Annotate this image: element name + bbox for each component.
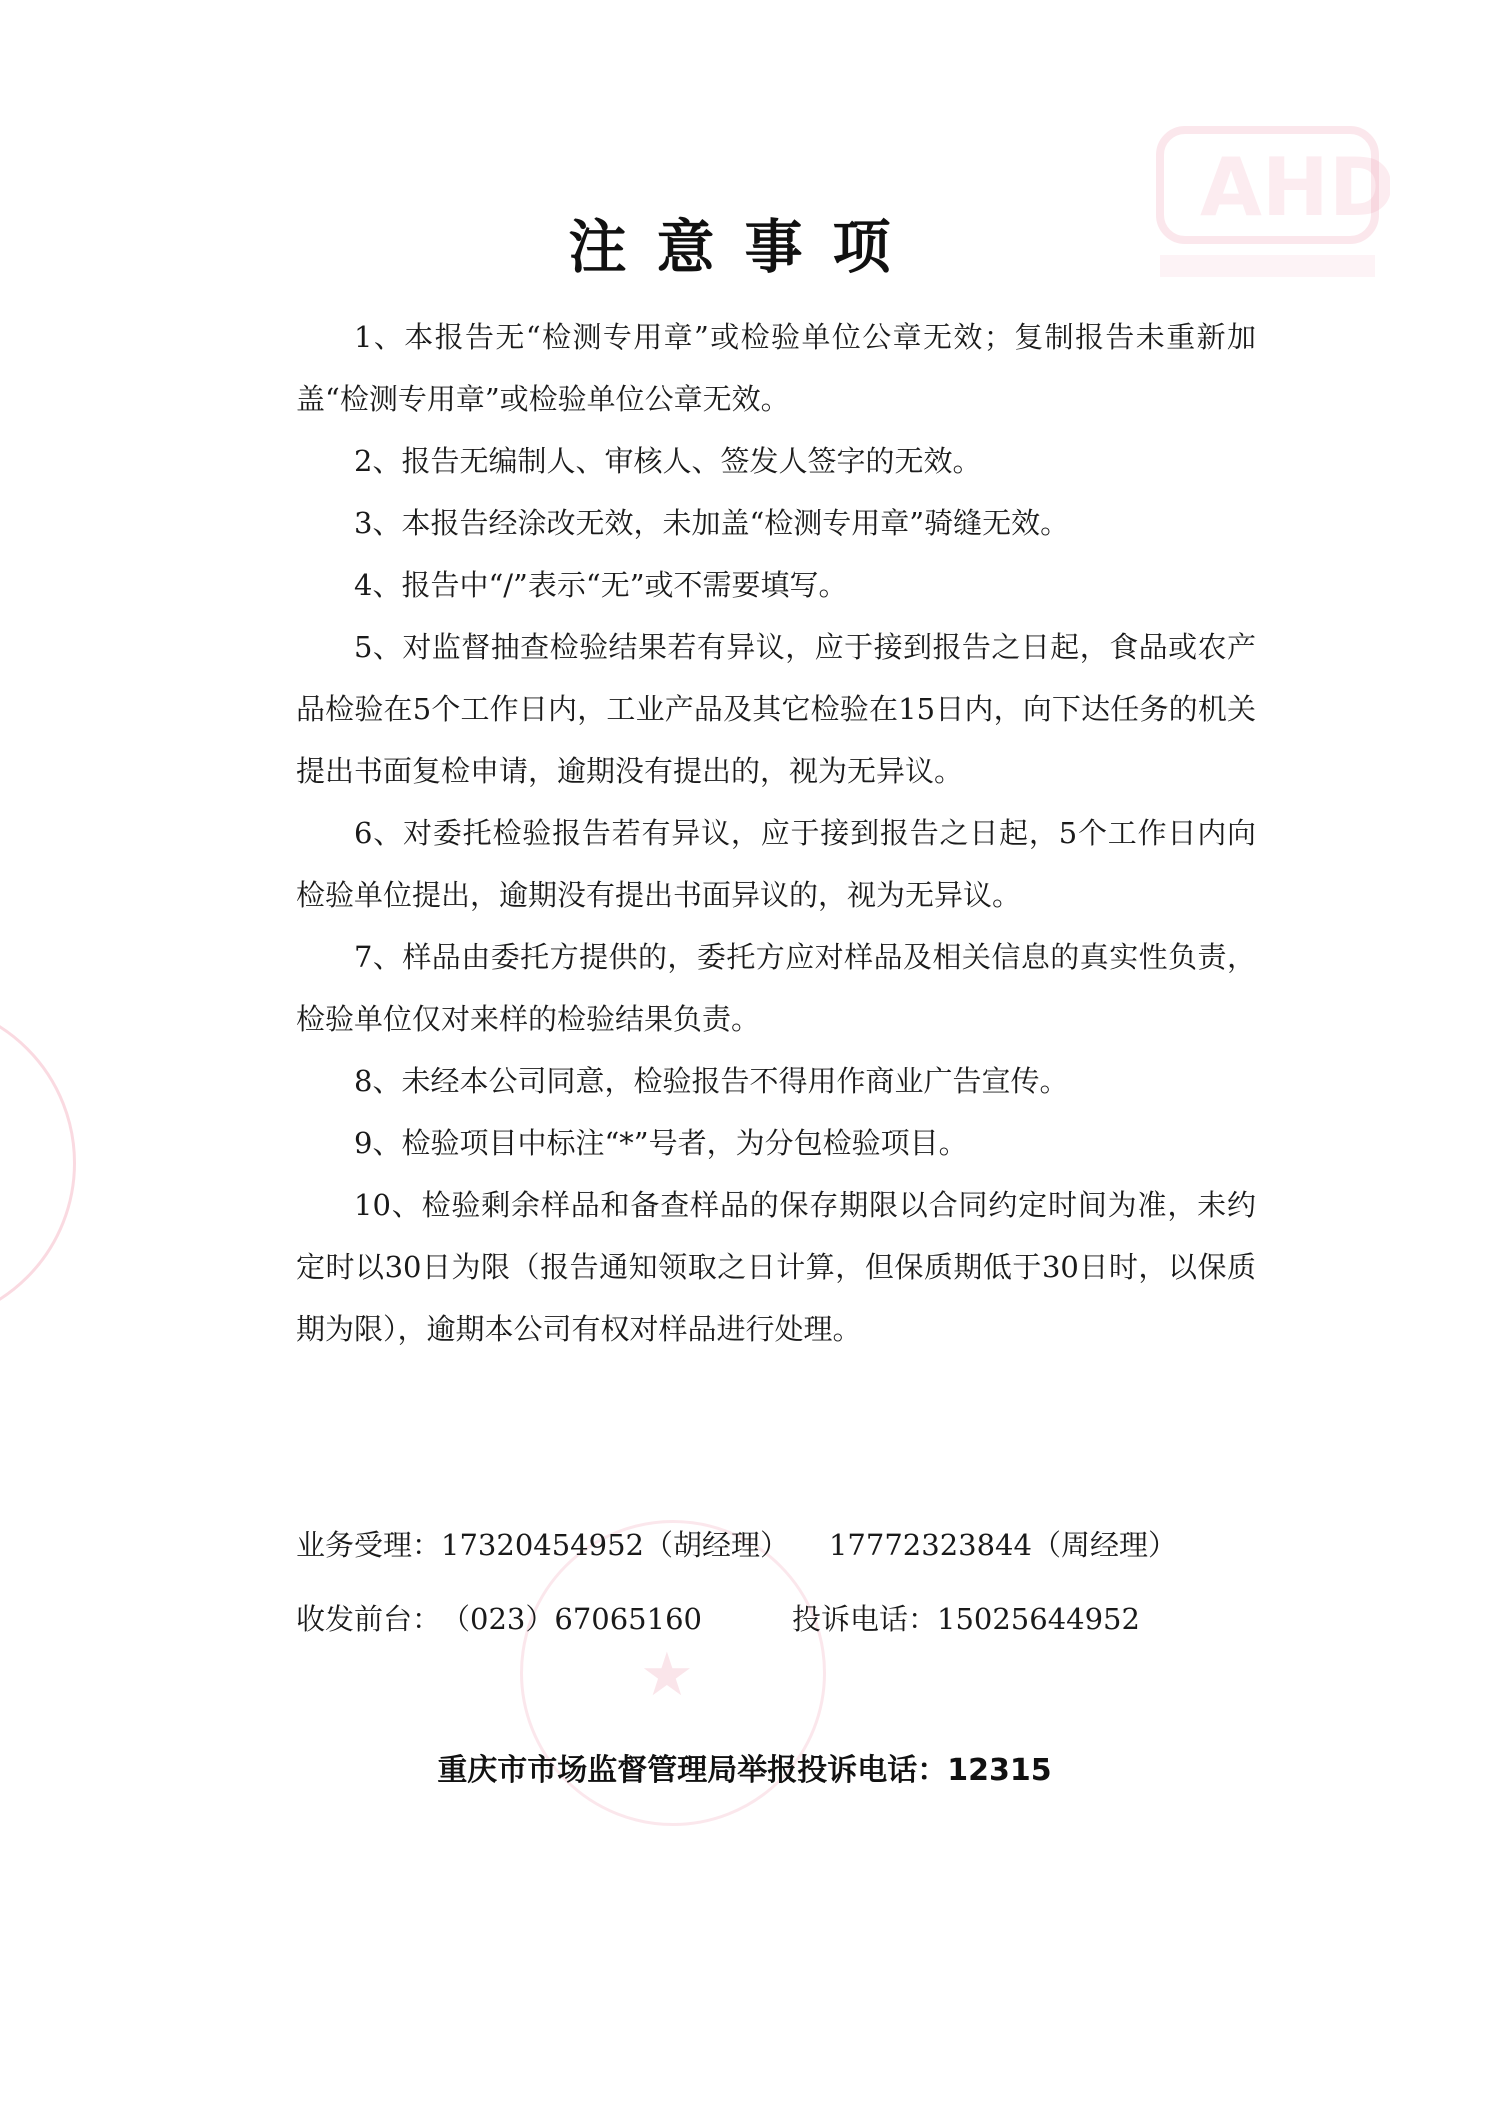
notice-item-10: 10、检验剩余样品和备查样品的保存期限以合同约定时间为准，未约定时以30日为限（…: [296, 1174, 1256, 1360]
red-seal-stamp-left: [0, 1000, 76, 1326]
footer-hotline: 重庆市市场监督管理局举报投诉电话：12315: [0, 1745, 1489, 1789]
notice-item-8: 8、未经本公司同意，检验报告不得用作商业广告宣传。: [296, 1050, 1256, 1112]
notice-item-3: 3、本报告经涂改无效，未加盖“检测专用章”骑缝无效。: [296, 492, 1256, 554]
notice-item-7: 7、样品由委托方提供的，委托方应对样品及相关信息的真实性负责，检验单位仅对来样的…: [296, 926, 1256, 1050]
notice-list: 1、本报告无“检测专用章”或检验单位公章无效；复制报告未重新加盖“检测专用章”或…: [296, 306, 1256, 1360]
page-title: 注意事项: [0, 200, 1489, 284]
contact-info: 业务受理： 17320454952（胡经理） 17772323844（周经理） …: [296, 1508, 1256, 1656]
notice-item-6: 6、对委托检验报告若有异议，应于接到报告之日起，5个工作日内向检验单位提出，逾期…: [296, 802, 1256, 926]
notice-item-1: 1、本报告无“检测专用章”或检验单位公章无效；复制报告未重新加盖“检测专用章”或…: [296, 306, 1256, 430]
complaint-phone: 15025644952: [937, 1582, 1140, 1656]
reception-contact-row: 收发前台： （023）67065160 投诉电话： 15025644952: [296, 1582, 1256, 1656]
notice-item-4: 4、报告中“/”表示“无”或不需要填写。: [296, 554, 1256, 616]
complaint-label: 投诉电话：: [792, 1582, 937, 1656]
business-label: 业务受理：: [296, 1508, 441, 1582]
notice-item-2: 2、报告无编制人、审核人、签发人签字的无效。: [296, 430, 1256, 492]
business-phone-2: 17772323844（周经理）: [829, 1508, 1177, 1582]
reception-phone: （023）67065160: [441, 1582, 702, 1656]
notice-item-5: 5、对监督抽查检验结果若有异议，应于接到报告之日起，食品或农产品检验在5个工作日…: [296, 616, 1256, 802]
reception-label: 收发前台：: [296, 1582, 441, 1656]
business-phone-1: 17320454952（胡经理）: [441, 1508, 789, 1582]
notice-item-9: 9、检验项目中标注“*”号者，为分包检验项目。: [296, 1112, 1256, 1174]
business-contact-row: 业务受理： 17320454952（胡经理） 17772323844（周经理）: [296, 1508, 1256, 1582]
